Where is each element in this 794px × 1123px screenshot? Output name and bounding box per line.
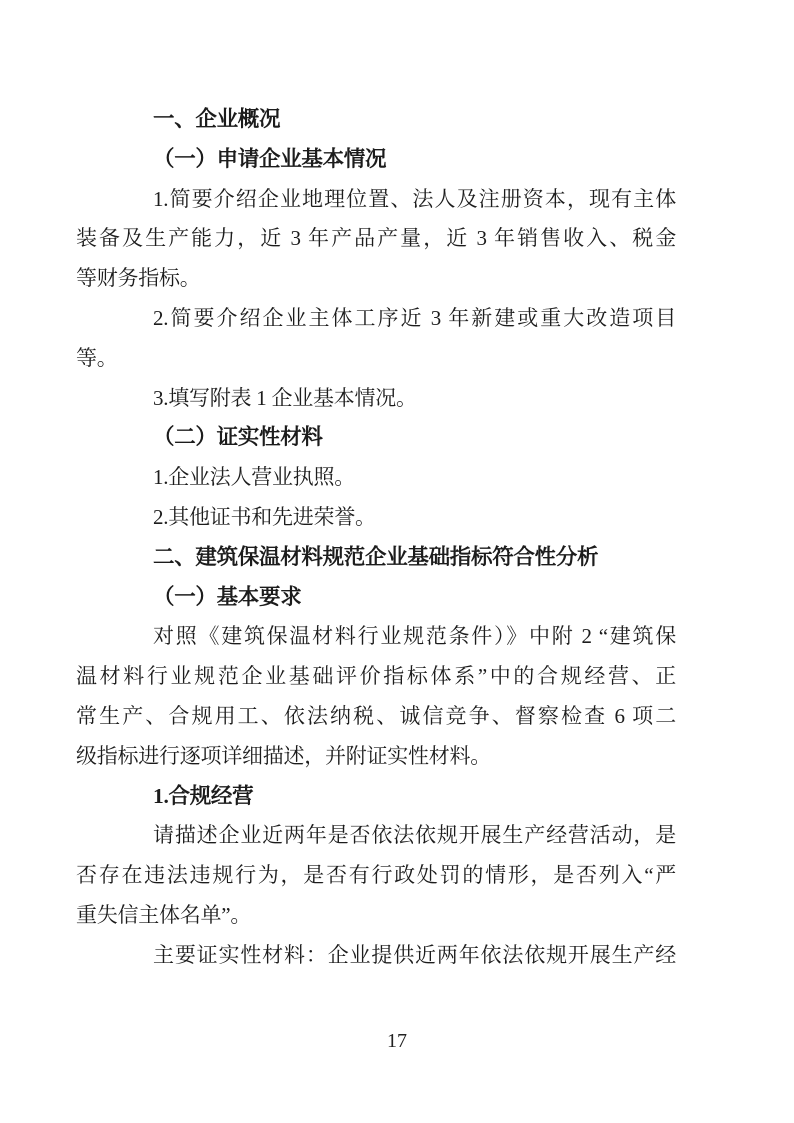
subsection-heading: （一）申请企业基本情况 (153, 140, 676, 180)
section-heading: 一、企业概况 (153, 100, 676, 140)
text-line: 1.简要介绍企业地理位置、法人及注册资本，现有主体 (76, 180, 676, 220)
text-line: 主要证实性材料：企业提供近两年依法依规开展生产经 (76, 936, 676, 976)
paragraph: 3.填写附表 1 企业基本情况。 (76, 379, 676, 419)
paragraph: 对照《建筑保温材料行业规范条件）》中附 2 “建筑保温材料行业规范企业基础评价指… (76, 617, 676, 776)
item-heading: 1.合规经营 (153, 777, 676, 817)
text-line: 否存在违法违规行为，是否有行政处罚的情形，是否列入“严 (76, 856, 676, 896)
paragraph: 主要证实性材料：企业提供近两年依法依规开展生产经 (76, 936, 676, 976)
subsection-heading: （一）基本要求 (153, 578, 676, 618)
paragraph: 2.其他证书和先进荣誉。 (76, 498, 676, 538)
text-line: 等。 (76, 339, 676, 379)
text-line: 3.填写附表 1 企业基本情况。 (76, 379, 676, 419)
text-line: 1.企业法人营业执照。 (76, 458, 676, 498)
text-line: 请描述企业近两年是否依法依规开展生产经营活动，是 (76, 816, 676, 856)
paragraph: 1.简要介绍企业地理位置、法人及注册资本，现有主体装备及生产能力，近 3 年产品… (76, 180, 676, 299)
section-heading: 二、建筑保温材料规范企业基础指标符合性分析 (153, 538, 676, 578)
subsection-heading: （二）证实性材料 (153, 418, 676, 458)
text-line: 等财务指标。 (76, 259, 676, 299)
paragraph: 请描述企业近两年是否依法依规开展生产经营活动，是否存在违法违规行为，是否有行政处… (76, 816, 676, 935)
text-line: 重失信主体名单”。 (76, 896, 676, 936)
paragraph: 1.企业法人营业执照。 (76, 458, 676, 498)
text-line: 对照《建筑保温材料行业规范条件）》中附 2 “建筑保 (76, 617, 676, 657)
paragraph: 2.简要介绍企业主体工序近 3 年新建或重大改造项目等。 (76, 299, 676, 379)
text-line: 装备及生产能力，近 3 年产品产量，近 3 年销售收入、税金 (76, 219, 676, 259)
text-line: 常生产、合规用工、依法纳税、诚信竞争、督察检查 6 项二 (76, 697, 676, 737)
document-body: 一、企业概况（一）申请企业基本情况1.简要介绍企业地理位置、法人及注册资本，现有… (76, 100, 676, 976)
document-page: 一、企业概况（一）申请企业基本情况1.简要介绍企业地理位置、法人及注册资本，现有… (0, 0, 794, 1123)
text-line: 温材料行业规范企业基础评价指标体系”中的合规经营、正 (76, 657, 676, 697)
text-line: 2.简要介绍企业主体工序近 3 年新建或重大改造项目 (76, 299, 676, 339)
text-line: 级指标进行逐项详细描述，并附证实性材料。 (76, 737, 676, 777)
text-line: 2.其他证书和先进荣誉。 (76, 498, 676, 538)
page-number: 17 (0, 1028, 794, 1054)
